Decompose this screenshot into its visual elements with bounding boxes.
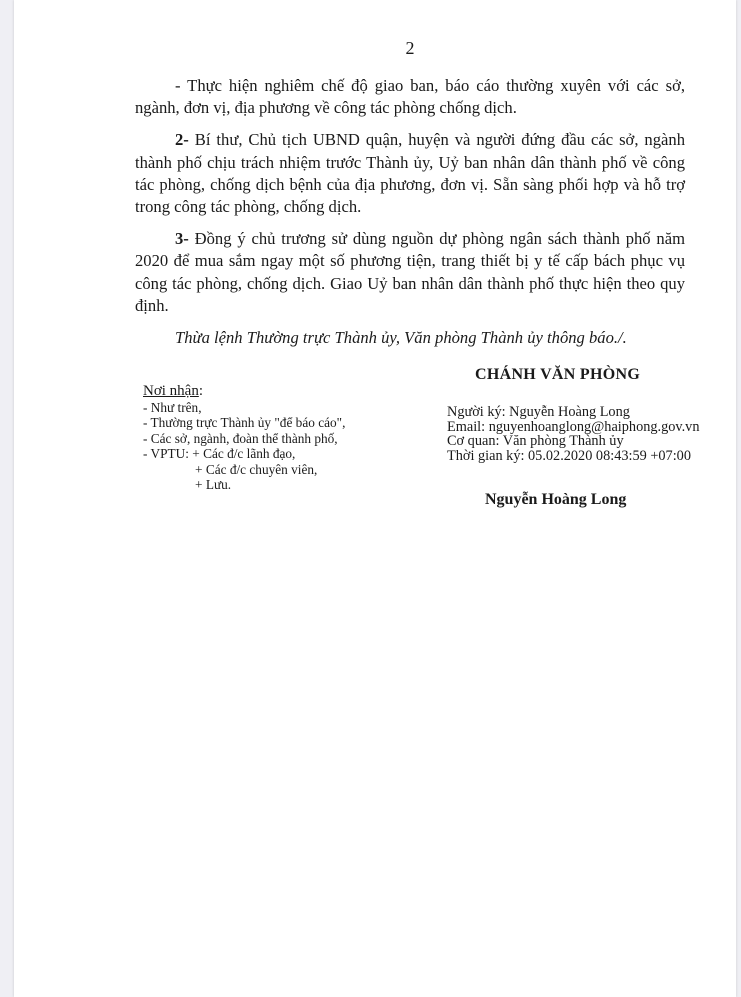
recipient-sub-item: + Các đ/c chuyên viên, (143, 462, 345, 477)
signed-time-line: Thời gian ký: 05.02.2020 08:43:59 +07:00 (447, 449, 737, 464)
recipients-label: Nơi nhận (143, 383, 199, 399)
signer-line: Người ký: Nguyễn Hoàng Long (447, 405, 737, 420)
document-body: - Thực hiện nghiêm chế độ giao ban, báo … (135, 75, 685, 359)
paragraph-number: 3- (175, 229, 189, 248)
agency-line: Cơ quan: Văn phòng Thành ủy (447, 434, 737, 449)
paragraph-number: 2- (175, 130, 189, 149)
recipients-label-line: Nơi nhận: (143, 383, 345, 400)
paragraph-3: 3- Đồng ý chủ trương sử dùng nguồn dự ph… (135, 228, 685, 317)
recipient-item: - Các sở, ngành, đoàn thể thành phố, (143, 431, 345, 446)
paragraph-text: - Thực hiện nghiêm chế độ giao ban, báo … (135, 76, 685, 117)
paragraph-text: Đồng ý chủ trương sử dùng nguồn dự phòng… (135, 229, 685, 315)
recipients-block: Nơi nhận: - Như trên, - Thường trực Thàn… (143, 383, 345, 492)
signature-block: CHÁNH VĂN PHÒNG Người ký: Nguyễn Hoàng L… (447, 366, 737, 509)
recipient-sub-item: + Lưu. (143, 477, 345, 492)
recipient-item: - Thường trực Thành ủy "để báo cáo", (143, 415, 345, 430)
email-line: Email: nguyenhoanglong@haiphong.gov.vn (447, 420, 737, 435)
recipients-label-colon: : (199, 383, 203, 399)
paragraph-2: 2- Bí thư, Chủ tịch UBND quận, huyện và … (135, 129, 685, 218)
recipient-item: - Như trên, (143, 400, 345, 415)
recipient-item: - VPTU: + Các đ/c lãnh đạo, (143, 446, 345, 461)
digital-signature-info: Người ký: Nguyễn Hoàng Long Email: nguye… (447, 405, 737, 463)
page-number: 2 (135, 38, 685, 59)
signature-title: CHÁNH VĂN PHÒNG (447, 366, 737, 384)
closing-statement: Thừa lệnh Thường trực Thành ủy, Văn phòn… (135, 327, 685, 349)
signer-name: Nguyễn Hoàng Long (447, 491, 737, 509)
paragraph-text: Bí thư, Chủ tịch UBND quận, huyện và ngư… (135, 130, 685, 216)
document-page: 2 - Thực hiện nghiêm chế độ giao ban, bá… (14, 0, 736, 997)
paragraph-1: - Thực hiện nghiêm chế độ giao ban, báo … (135, 75, 685, 119)
